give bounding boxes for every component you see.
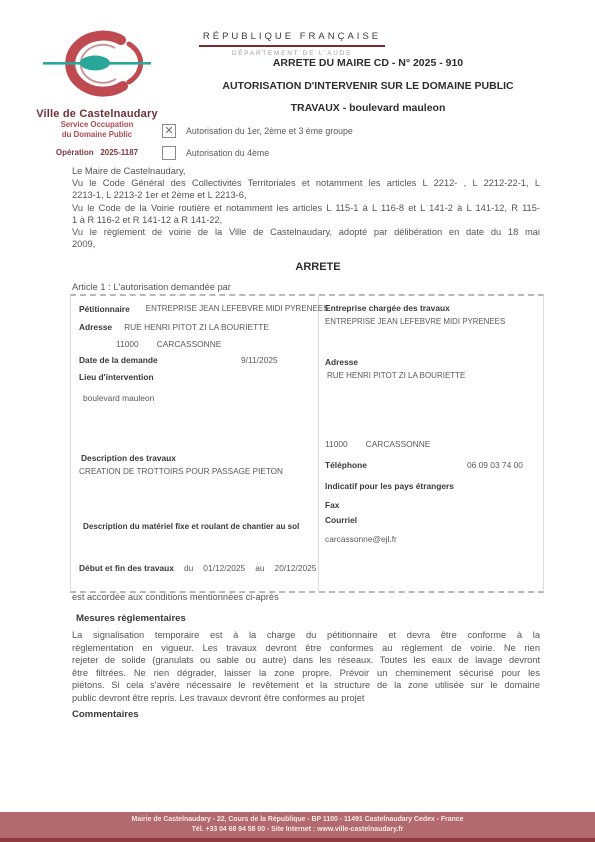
mesures-line: public devront être repris. Les travaux … — [72, 692, 540, 705]
date-debut-value: 01/12/2025 — [203, 563, 245, 573]
mesures-line: être filtrées. Ne rien dégrader, laisser… — [72, 667, 540, 680]
table-column-divider — [318, 296, 319, 591]
dates-travaux-row: Début et fin des travaux du 01/12/2025 a… — [79, 563, 316, 573]
footer-band: Mairie de Castelnaudary - 22, Cours de l… — [0, 812, 595, 838]
footer-edge-stripe — [0, 838, 595, 842]
telephone-row: Téléphone 06 09 03 74 00 — [325, 460, 367, 470]
cp-ville-row-right: 11000 CARCASSONNE — [325, 439, 430, 449]
preamble-line: 2009, — [72, 238, 540, 250]
republique-header: RÉPUBLIQUE FRANÇAISE DÉPARTEMENT DE L'AU… — [142, 26, 442, 57]
preamble-line: Le Maire de Castelnaudary, — [72, 165, 540, 177]
preamble-paragraph: Le Maire de Castelnaudary, Vu le Code Gé… — [72, 165, 540, 250]
indicatif-label: Indicatif pour les pays étrangers — [325, 481, 454, 491]
service-line-1: Service Occupation — [22, 120, 172, 130]
dates-travaux-label: Début et fin des travaux — [79, 563, 174, 573]
code-postal-right: 11000 — [325, 439, 348, 449]
preamble-line: 1 à R 116-2 et R 141-12 à R 141-22, — [72, 214, 540, 226]
checkbox-row-groupe-123: ✕ Autorisation du 1er, 2ème et 3 ème gro… — [162, 124, 353, 138]
lieu-intervention-value: boulevard mauleon — [83, 393, 154, 403]
document-page: Ville de Castelnaudary Service Occupatio… — [0, 0, 595, 842]
footer-contact-line: Tél. +33 04 68 94 58 00 - Site Internet … — [0, 825, 595, 835]
preamble-line: Vu le Code de la Voirie routière et nota… — [72, 202, 540, 214]
materiel-label: Description du matériel fixe et roulant … — [83, 522, 299, 531]
footer: Mairie de Castelnaudary - 22, Cours de l… — [0, 812, 595, 842]
telephone-label: Téléphone — [325, 460, 367, 470]
checkbox-label-groupe-4: Autorisation du 4ème — [186, 148, 269, 158]
arrete-heading: ARRETE — [90, 261, 546, 273]
footer-address-line: Mairie de Castelnaudary - 22, Cours de l… — [0, 815, 595, 825]
du-label: du — [184, 563, 193, 573]
city-name: Ville de Castelnaudary — [22, 108, 172, 120]
cp-ville-row-left: 11000 CARCASSONNE — [116, 339, 221, 349]
mesures-heading: Mesures règlementaires — [76, 613, 186, 624]
mesures-line: réglementation en vigueur. Les travaux d… — [72, 642, 540, 655]
date-demande-row: Date de la demande 9/11/2025 — [79, 355, 158, 365]
ville-left: CARCASSONNE — [157, 339, 222, 349]
preamble-line: Vu le Code Général des Collectivités Ter… — [72, 177, 540, 189]
checkbox-row-groupe-4: Autorisation du 4ème — [162, 146, 269, 160]
arrete-number-title: ARRETE DU MAIRE CD - N° 2025 - 910 — [170, 57, 566, 69]
courriel-value: carcassonne@ejl.fr — [325, 534, 397, 544]
date-fin-value: 20/12/2025 — [275, 563, 317, 573]
description-travaux-value: CREATION DE TROTTOIRS POUR PASSAGE PIETO… — [79, 467, 283, 476]
entreprise-label: Entreprise chargée des travaux — [325, 303, 450, 313]
ville-right: CARCASSONNE — [366, 439, 431, 449]
telephone-value: 06 09 03 74 00 — [467, 460, 523, 470]
description-travaux-label: Description des travaux — [81, 453, 176, 463]
autorisation-title: AUTORISATION D'INTERVENIR SUR LE DOMAINE… — [170, 80, 566, 92]
accordee-line: est accordée aux conditions mentionnées … — [72, 592, 279, 602]
petitionnaire-row: Pétitionnaire ENTREPRISE JEAN LEFEBVRE M… — [79, 304, 328, 314]
travaux-title: TRAVAUX - boulevard mauleon — [170, 102, 566, 114]
adresse-label-right: Adresse — [325, 357, 358, 367]
checkbox-unchecked-icon — [162, 146, 176, 160]
mesures-line: La signalisation temporaire est à la cha… — [72, 629, 540, 642]
service-line-2: du Domaine Public — [22, 130, 172, 140]
castelnaudary-logo-icon — [43, 30, 151, 102]
mesures-line: piétons. Si cela s'avère nécessaire le r… — [72, 679, 540, 692]
au-label: au — [255, 563, 264, 573]
petitionnaire-value: ENTREPRISE JEAN LEFEBVRE MIDI PYRENEES — [146, 304, 329, 314]
adresse-row-left: Adresse RUE HENRI PITOT ZI LA BOURIETTE — [79, 322, 269, 332]
departement-aude: DÉPARTEMENT DE L'AUDE — [142, 50, 442, 57]
republique-francaise: RÉPUBLIQUE FRANÇAISE — [199, 31, 385, 47]
code-postal-left: 11000 — [116, 339, 139, 349]
fax-label: Fax — [325, 500, 339, 510]
entreprise-value: ENTREPRISE JEAN LEFEBVRE MIDI PYRENEES — [325, 317, 505, 326]
preamble-line: Vu le règlement de voirie de la Ville de… — [72, 226, 540, 238]
authorization-table: Pétitionnaire ENTREPRISE JEAN LEFEBVRE M… — [70, 294, 544, 593]
adresse-value-left: RUE HENRI PITOT ZI LA BOURIETTE — [124, 322, 269, 332]
mesures-paragraph: La signalisation temporaire est à la cha… — [72, 629, 540, 705]
date-demande-label: Date de la demande — [79, 355, 158, 365]
checkbox-checked-icon: ✕ — [162, 124, 176, 138]
petitionnaire-label: Pétitionnaire — [79, 304, 130, 314]
mesures-line: rejeter de solide (granulats ou sable ou… — [72, 654, 540, 667]
lieu-intervention-label: Lieu d'intervention — [79, 372, 154, 382]
operation-number: Opération 2025-1187 — [22, 148, 172, 157]
article-1-line: Article 1 : L'autorisation demandée par — [72, 282, 231, 292]
date-demande-value: 9/11/2025 — [241, 355, 278, 365]
courriel-label: Courriel — [325, 515, 357, 525]
checkbox-label-groupe-123: Autorisation du 1er, 2ème et 3 ème group… — [186, 126, 353, 136]
preamble-line: 2213-1, L 2213-2 1er et 2ème et L 2213-6… — [72, 189, 540, 201]
adresse-label-left: Adresse — [79, 322, 112, 332]
adresse-value-right: RUE HENRI PITOT ZI LA BOURIETTE — [327, 371, 465, 380]
commentaires-heading: Commentaires — [72, 709, 139, 720]
